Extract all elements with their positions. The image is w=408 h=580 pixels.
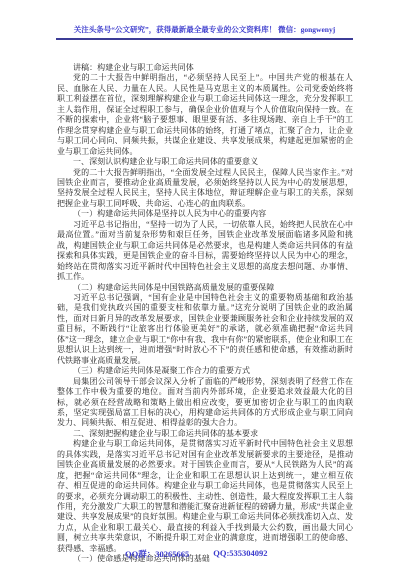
paragraph-intro: 党的二十大报告中鲜明指出，“必须坚持人民至上”。中国共产党的根基在人民、血脉在人… [57,73,353,157]
page-footer: QQ群：30265665 QQ:535304092 [125,548,268,560]
subsection-heading-1-3: （三）构建命运共同体是凝聚工作合力的重要方式 [57,366,353,376]
paragraph-section1-3: 局集团公司领导干部会议深入分析了面临的严峻形势，深刻表明了经营工作在整体工作中极… [57,377,353,429]
section-heading-1: 一、深刻认识构建企业与职工命运共同体的重要意义 [57,157,353,167]
paragraph-section1: 党的二十大报告鲜明指出，“全面发展全过程人民民主，保障人民当家作主。”对国铁企业… [57,168,353,210]
header-promo-text: 关注头条号“公文研究”，获得最新最全最专业的公文资料库！ 微信：gongweny… [56,24,353,35]
qq-contact: QQ:535304092 [213,548,267,560]
subsection-heading-1-1: （一）构建命运共同体是坚持以人民为中心的重要内容 [57,209,353,219]
section-heading-2: 二、深刻把握构建企业与职工命运共同体的基本要求 [57,429,353,439]
paragraph-section1-2: 习近平总书记强调，“国有企业是中国特色社会主义的重要物质基础和政治基础，是我们党… [57,293,353,366]
paragraph-section1-1: 习近平总书记指出，“坚持一切为了人民，一切依靠人民，始终把人民放在心中最高位置。… [57,220,353,283]
subsection-heading-1-2: （二）构建命运共同体是中国铁路高质量发展的重要保障 [57,283,353,293]
qq-group-contact: QQ群：30265665 [125,548,189,560]
document-body: 讲稿：构建企业与职工命运共同体 党的二十大报告中鲜明指出，“必须坚持人民至上”。… [57,63,353,565]
document-page: 关注头条号“公文研究”，获得最新最全最专业的公文资料库！ 微信：gongweny… [0,0,408,580]
paragraph-section2: 构建企业与职工命运共同体，是贯彻落实习近平新时代中国特色社会主义思想的具体实践，… [57,439,353,554]
page-header: 关注头条号“公文研究”，获得最新最全最专业的公文资料库！ 微信：gongweny… [56,24,353,40]
doc-title: 讲稿：构建企业与职工命运共同体 [57,63,353,73]
